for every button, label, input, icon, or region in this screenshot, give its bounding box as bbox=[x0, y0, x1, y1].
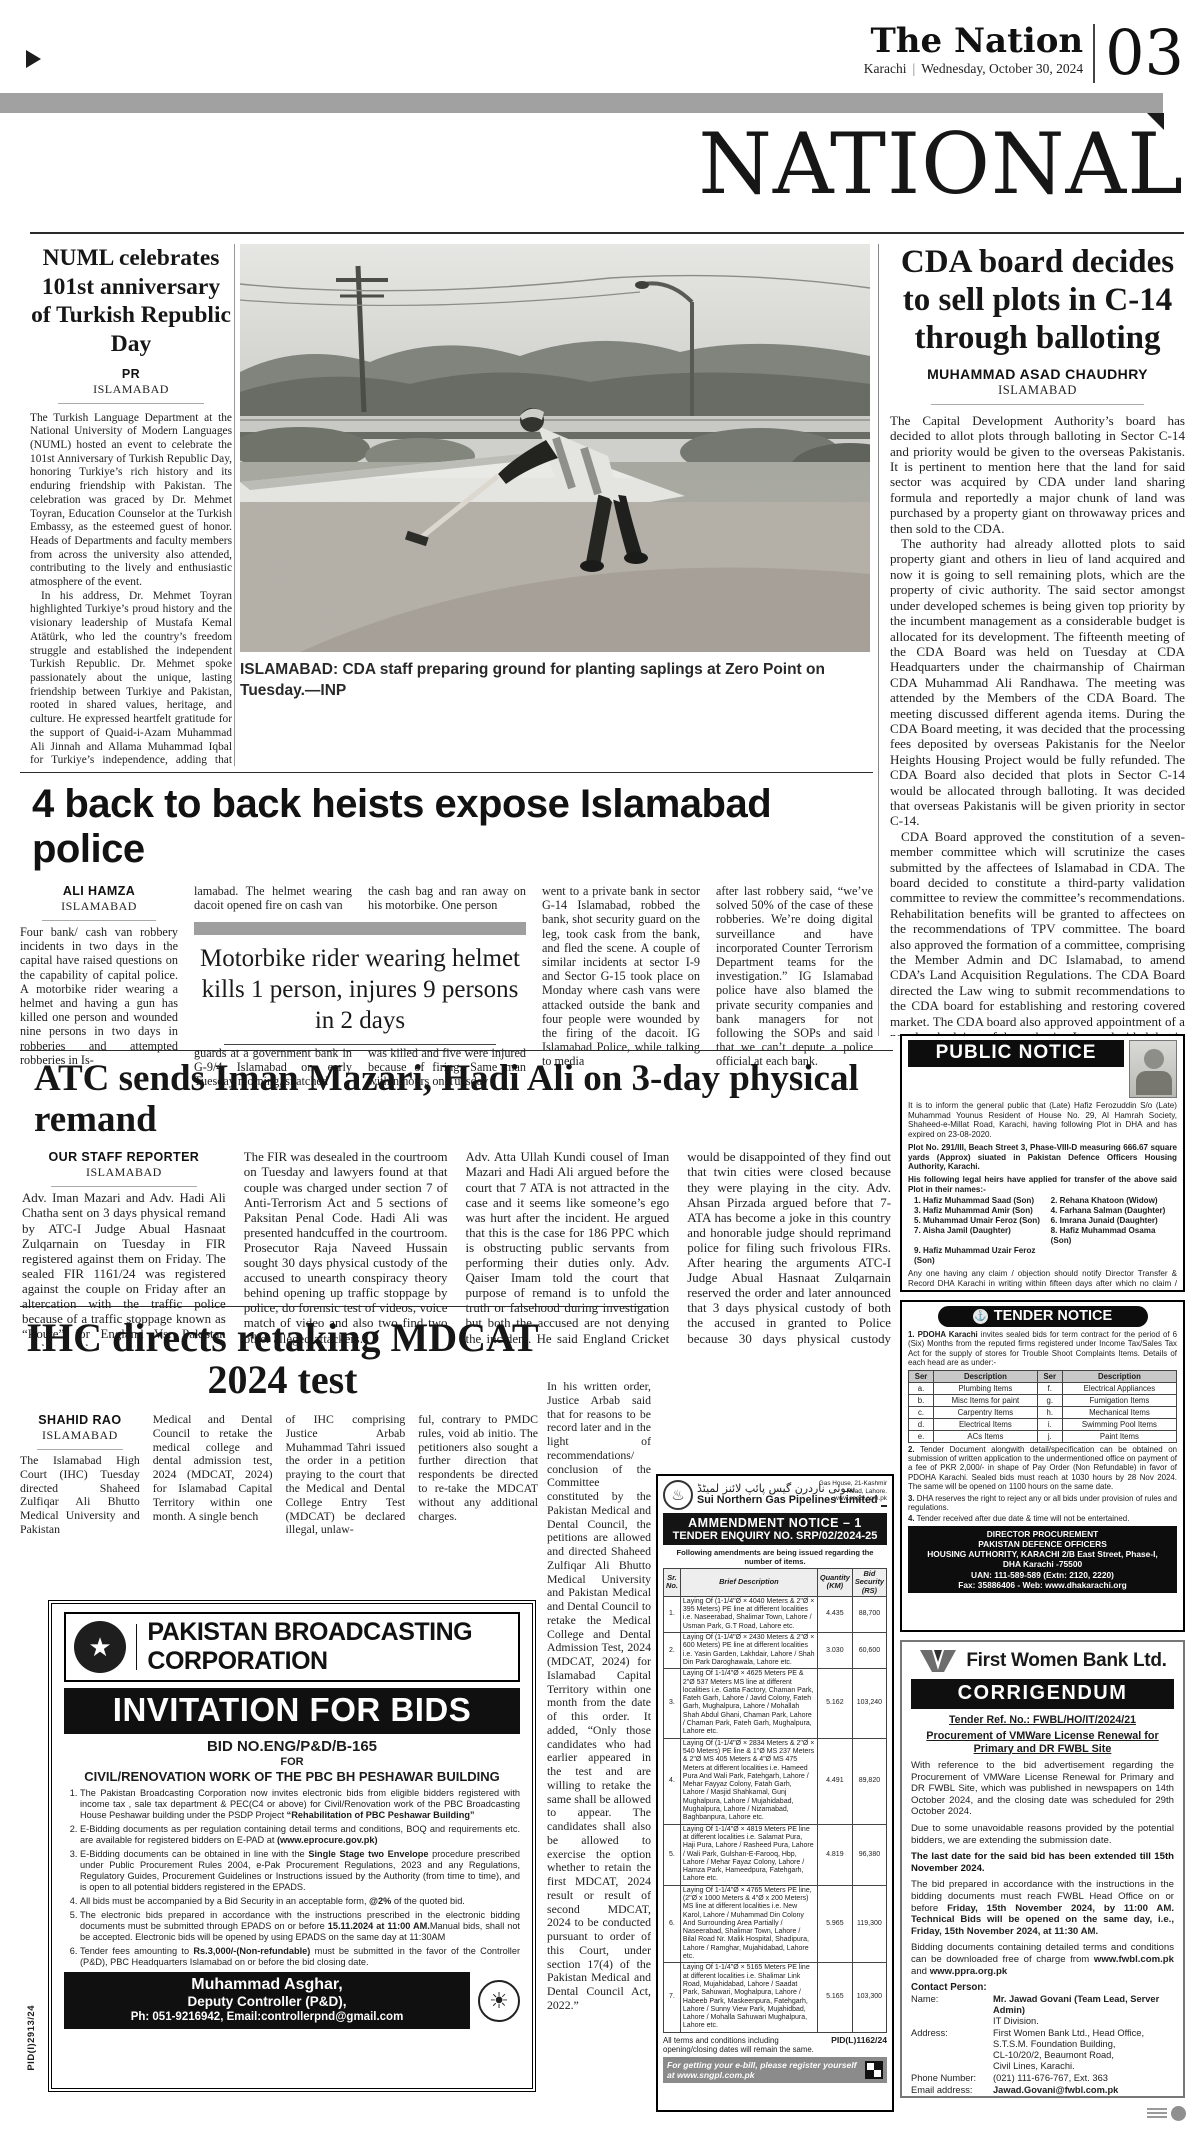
sngpl-address: Gas House, 21-Kashmir Road, Lahore. www.… bbox=[819, 1480, 887, 1510]
article-numl: NUML celebrates 101st anniversary of Tur… bbox=[30, 244, 232, 769]
photo-illustration bbox=[240, 244, 870, 652]
contact-row: Email address: Jawad.Govani@fwbl.com.pk bbox=[911, 2085, 1174, 2096]
fwbl-corrigendum-box: First Women Bank Ltd. CORRIGENDUM Tender… bbox=[900, 1640, 1185, 2098]
contact-row: Name: Mr. Jawad Govani (Team Lead, Serve… bbox=[911, 1994, 1174, 2027]
article-cda: CDA board decides to sell plots in C-14 … bbox=[890, 244, 1185, 1036]
atc-byline: OUR STAFF REPORTER bbox=[22, 1150, 226, 1164]
cda-headline: CDA board decides to sell plots in C-14 … bbox=[890, 244, 1185, 358]
heir-item: 2. Rehana Khatoon (Widow) bbox=[1051, 1196, 1177, 1206]
sngpl-table-row: 7. Laying Of 1-1/4"Ø × 5165 Meters PE li… bbox=[664, 1963, 887, 2032]
numl-byline: PR bbox=[30, 367, 232, 381]
pbc-invitation-title: INVITATION FOR BIDS bbox=[64, 1688, 520, 1734]
heists-headline: 4 back to back heists expose Islamabad p… bbox=[32, 782, 873, 872]
sngpl-tender-table: Sr. No. Brief Description Quantity (KM) … bbox=[663, 1568, 887, 2033]
dha-crest-icon: ⚓ bbox=[973, 1309, 988, 1324]
pbc-condition-item: All bids must be accompanied by a Bid Se… bbox=[80, 1896, 520, 1907]
sngpl-amendment-line: Following amendments are being issued re… bbox=[663, 1548, 887, 1566]
public-notice-title: PUBLIC NOTICE bbox=[908, 1040, 1124, 1067]
public-notice-outro: Any one having any claim / objection sho… bbox=[908, 1269, 1177, 1292]
pbc-footer-contact: Muhammad Asghar, Deputy Controller (P&D)… bbox=[64, 1972, 470, 2029]
sngpl-table-row: 4. Laying Of (1-1/4"Ø × 2834 Meters & 2"… bbox=[664, 1738, 887, 1824]
ihc-headline: IHC directs retaking MDCAT 2024 test bbox=[20, 1317, 545, 1401]
pbc-org-name: PAKISTAN BROADCASTING CORPORATION bbox=[147, 1618, 510, 1676]
qr-code-icon bbox=[865, 2061, 883, 2079]
sngpl-table-row: 5. Laying Of 1-1/4"Ø × 4819 Meters PE li… bbox=[664, 1824, 887, 1885]
ihc-byline: SHAHID RAO bbox=[20, 1413, 140, 1427]
tender-table-row: c.Carpentry Itemsh.Mechanical Items bbox=[909, 1406, 1177, 1418]
fwbl-logo-icon bbox=[918, 1648, 958, 1674]
sngpl-ebill-strip: For getting your e-bill, please register… bbox=[663, 2057, 887, 2083]
heists-dateline: ISLAMABAD bbox=[20, 899, 178, 914]
article-heists: 4 back to back heists expose Islamabad p… bbox=[20, 772, 873, 1050]
masthead: The Nation Karachi|Wednesday, October 30… bbox=[864, 24, 1184, 83]
sngpl-table-row: 3. Laying Of 1-1/4"Ø × 4625 Meters PE & … bbox=[664, 1669, 887, 1738]
pbc-condition-item: The Pakistan Broadcasting Corporation no… bbox=[80, 1788, 520, 1821]
ihc-dateline: ISLAMABAD bbox=[20, 1428, 140, 1443]
contact-row: Phone Number: (021) 111-676-767, Ext. 36… bbox=[911, 2073, 1174, 2084]
corrigendum-title: CORRIGENDUM bbox=[911, 1679, 1174, 1709]
heir-item: 8. Hafiz Muhammad Osama (Son) bbox=[1051, 1226, 1177, 1246]
photo-cda-saplings bbox=[240, 244, 870, 652]
pull-quote-text: Motorbike rider wearing helmet kills 1 p… bbox=[194, 943, 526, 1036]
heists-byline: ALI HAMZA bbox=[20, 884, 178, 898]
numl-body: The Turkish Language Department at the N… bbox=[30, 412, 232, 769]
tender-items-table: Ser Description Ser Description a.Plumbi… bbox=[908, 1370, 1177, 1443]
pbc-condition-item: Tender fees amounting to Rs.3,000/-(Non-… bbox=[80, 1946, 520, 1968]
heir-item: 7. Aisha Jamil (Daughter) bbox=[914, 1226, 1047, 1246]
column-rule bbox=[878, 244, 879, 1036]
public-notice-box: PUBLIC NOTICE It is to inform the genera… bbox=[900, 1034, 1185, 1292]
corner-flag-icon bbox=[26, 50, 41, 68]
section-gray-bar bbox=[0, 93, 1163, 113]
cda-dateline: ISLAMABAD bbox=[890, 383, 1185, 398]
deceased-portrait-photo bbox=[1129, 1040, 1177, 1098]
contact-rows: Name: Mr. Jawad Govani (Team Lead, Serve… bbox=[911, 1994, 1174, 2096]
heir-item: 6. Imrana Junaid (Daughter) bbox=[1051, 1216, 1177, 1226]
pbc-condition-item: The electronic bids prepared in accordan… bbox=[80, 1910, 520, 1943]
ihc-col1: SHAHID RAO ISLAMABAD The Islamabad High … bbox=[20, 1413, 140, 1625]
cda-body: The Capital Development Authority’s boar… bbox=[890, 413, 1185, 1036]
heir-item: 1. Hafiz Muhammad Saad (Son) bbox=[914, 1196, 1047, 1206]
pbc-invitation-ad: ★ PAKISTAN BROADCASTING CORPORATION INVI… bbox=[48, 1600, 536, 2092]
cda-byline: MUHAMMAD ASAD CHAUDHRY bbox=[890, 366, 1185, 382]
sngpl-notice-header: AMMENDMENT NOTICE – 1 TENDER ENQUIRY NO.… bbox=[663, 1513, 887, 1545]
masthead-date: Wednesday, October 30, 2024 bbox=[921, 61, 1083, 76]
tender-ref: Tender Ref. No.: FWBL/HO/IT/2024/21 bbox=[911, 1714, 1174, 1726]
section-rule bbox=[30, 232, 1184, 234]
article-atc: ATC sends Iman Mazari, Hadi Ali on 3-day… bbox=[20, 1050, 893, 1306]
tender-table-row: d.Electrical Itemsi.Swimming Pool Items bbox=[909, 1418, 1177, 1430]
photo-caption: ISLAMABAD: CDA staff preparing ground fo… bbox=[240, 660, 868, 702]
public-notice-intro: It is to inform the general public that … bbox=[908, 1101, 1177, 1140]
page-number: 03 bbox=[1095, 24, 1184, 83]
pull-quote-bar bbox=[194, 922, 526, 935]
heir-item: 9. Hafiz Muhammad Uzair Feroz (Son) bbox=[914, 1246, 1047, 1266]
dha-tender-notice-box: ⚓ TENDER NOTICE 1. PDOHA Karachi invites… bbox=[900, 1300, 1185, 1632]
atc-dateline: ISLAMABAD bbox=[22, 1165, 226, 1180]
heir-item: 4. Farhana Salman (Daughter) bbox=[1051, 1206, 1177, 1216]
pbc-bid-conditions: The Pakistan Broadcasting Corporation no… bbox=[64, 1788, 520, 1968]
pbc-pid: PID(I)2913/24 bbox=[26, 2005, 37, 2071]
masthead-city: Karachi bbox=[864, 61, 907, 76]
section-title: NATIONAL bbox=[698, 122, 1184, 206]
sngpl-badge bbox=[881, 1505, 887, 1507]
numl-headline: NUML celebrates 101st anniversary of Tur… bbox=[30, 244, 232, 359]
pbc-condition-item: E-Bidding documents can be obtained in l… bbox=[80, 1849, 520, 1893]
tender-table-row: b.Misc Items for paintg.Fumigation Items bbox=[909, 1394, 1177, 1406]
ihc-col4: ful, contrary to PMDC rules, void ab ini… bbox=[418, 1413, 538, 1625]
ihc-col5: In his written order, Justice Arbab said… bbox=[547, 1380, 651, 2113]
pbc-logo-icon: ★ bbox=[74, 1621, 126, 1673]
sngpl-table-row: 1. Laying Of (1-1/4"Ø × 4040 Meters & 2"… bbox=[664, 1596, 887, 1632]
tender-subject: Procurement of VMWare License Renewal fo… bbox=[911, 1730, 1174, 1755]
contact-row: Address: First Women Bank Ltd., Head Off… bbox=[911, 2028, 1174, 2072]
heirs-list: 1. Hafiz Muhammad Saad (Son)2. Rehana Kh… bbox=[914, 1196, 1177, 1266]
column-rule bbox=[234, 244, 235, 766]
pressreader-logo bbox=[1147, 2106, 1186, 2121]
atc-col4: would be disappointed of they find out t… bbox=[687, 1150, 891, 1346]
sngpl-table-row: 6. Laying Of 1-1/4"Ø × 4765 Meters PE li… bbox=[664, 1885, 887, 1963]
heir-item: 5. Muhammad Umair Feroz (Son) bbox=[914, 1216, 1047, 1226]
pbc-roundel-icon: ☀ bbox=[478, 1980, 520, 2022]
pbc-bid-number: BID NO.ENG/P&D/B-165 bbox=[64, 1738, 520, 1755]
sngpl-terms: PID(L)1162/24All terms and conditions in… bbox=[663, 2036, 887, 2054]
public-notice-plot: Plot No. 291/III, Beach Street 3, Phase-… bbox=[908, 1143, 1177, 1172]
sngpl-logo-icon: ♨ bbox=[663, 1480, 693, 1510]
sngpl-table-row: 2. Laying Of (1-1/4"Ø × 2430 Meters & 2"… bbox=[664, 1633, 887, 1669]
atc-headline: ATC sends Iman Mazari, Hadi Ali on 3-day… bbox=[34, 1059, 893, 1140]
paper-name: The Nation bbox=[864, 24, 1083, 58]
public-notice-heirs-intro: His following legal heirs have applied f… bbox=[908, 1175, 1177, 1194]
pull-quote: Motorbike rider wearing helmet kills 1 p… bbox=[194, 922, 526, 1045]
masthead-dateline: Karachi|Wednesday, October 30, 2024 bbox=[864, 61, 1083, 77]
tender-footer-contact: DIRECTOR PROCUREMENTPAKISTAN DEFENCE OFF… bbox=[908, 1526, 1177, 1593]
fwbl-bank-name: First Women Bank Ltd. bbox=[966, 1650, 1166, 1672]
contact-person-label: Contact Person: bbox=[911, 1982, 1174, 1993]
sngpl-tender-ad: ♨ سوئی ناردرن گیس پائپ لائنز لمیٹڈ Sui N… bbox=[656, 1474, 894, 2112]
heir-item: 3. Hafiz Muhammad Amir (Son) bbox=[914, 1206, 1047, 1216]
tender-table-row: a.Plumbing Itemsf.Electrical Appliances bbox=[909, 1382, 1177, 1394]
tender-table-row: e.ACs Itemsj.Paint Items bbox=[909, 1430, 1177, 1442]
pbc-condition-item: E-Bidding documents as per regulation co… bbox=[80, 1824, 520, 1846]
newspaper-page: The Nation Karachi|Wednesday, October 30… bbox=[0, 0, 1200, 2133]
tender-notice-title: ⚓ TENDER NOTICE bbox=[938, 1306, 1148, 1327]
ihc-col3: of IHC comprising Justice Arbab Muhammad… bbox=[286, 1413, 406, 1625]
numl-dateline: ISLAMABAD bbox=[30, 382, 232, 397]
pbc-work-title: CIVIL/RENOVATION WORK OF THE PBC BH PESH… bbox=[64, 1769, 520, 1784]
ihc-col2: Medical and Dental Council to retake the… bbox=[153, 1413, 273, 1625]
sngpl-company-name: Sui Northern Gas Pipelines Limited bbox=[697, 1495, 815, 1507]
